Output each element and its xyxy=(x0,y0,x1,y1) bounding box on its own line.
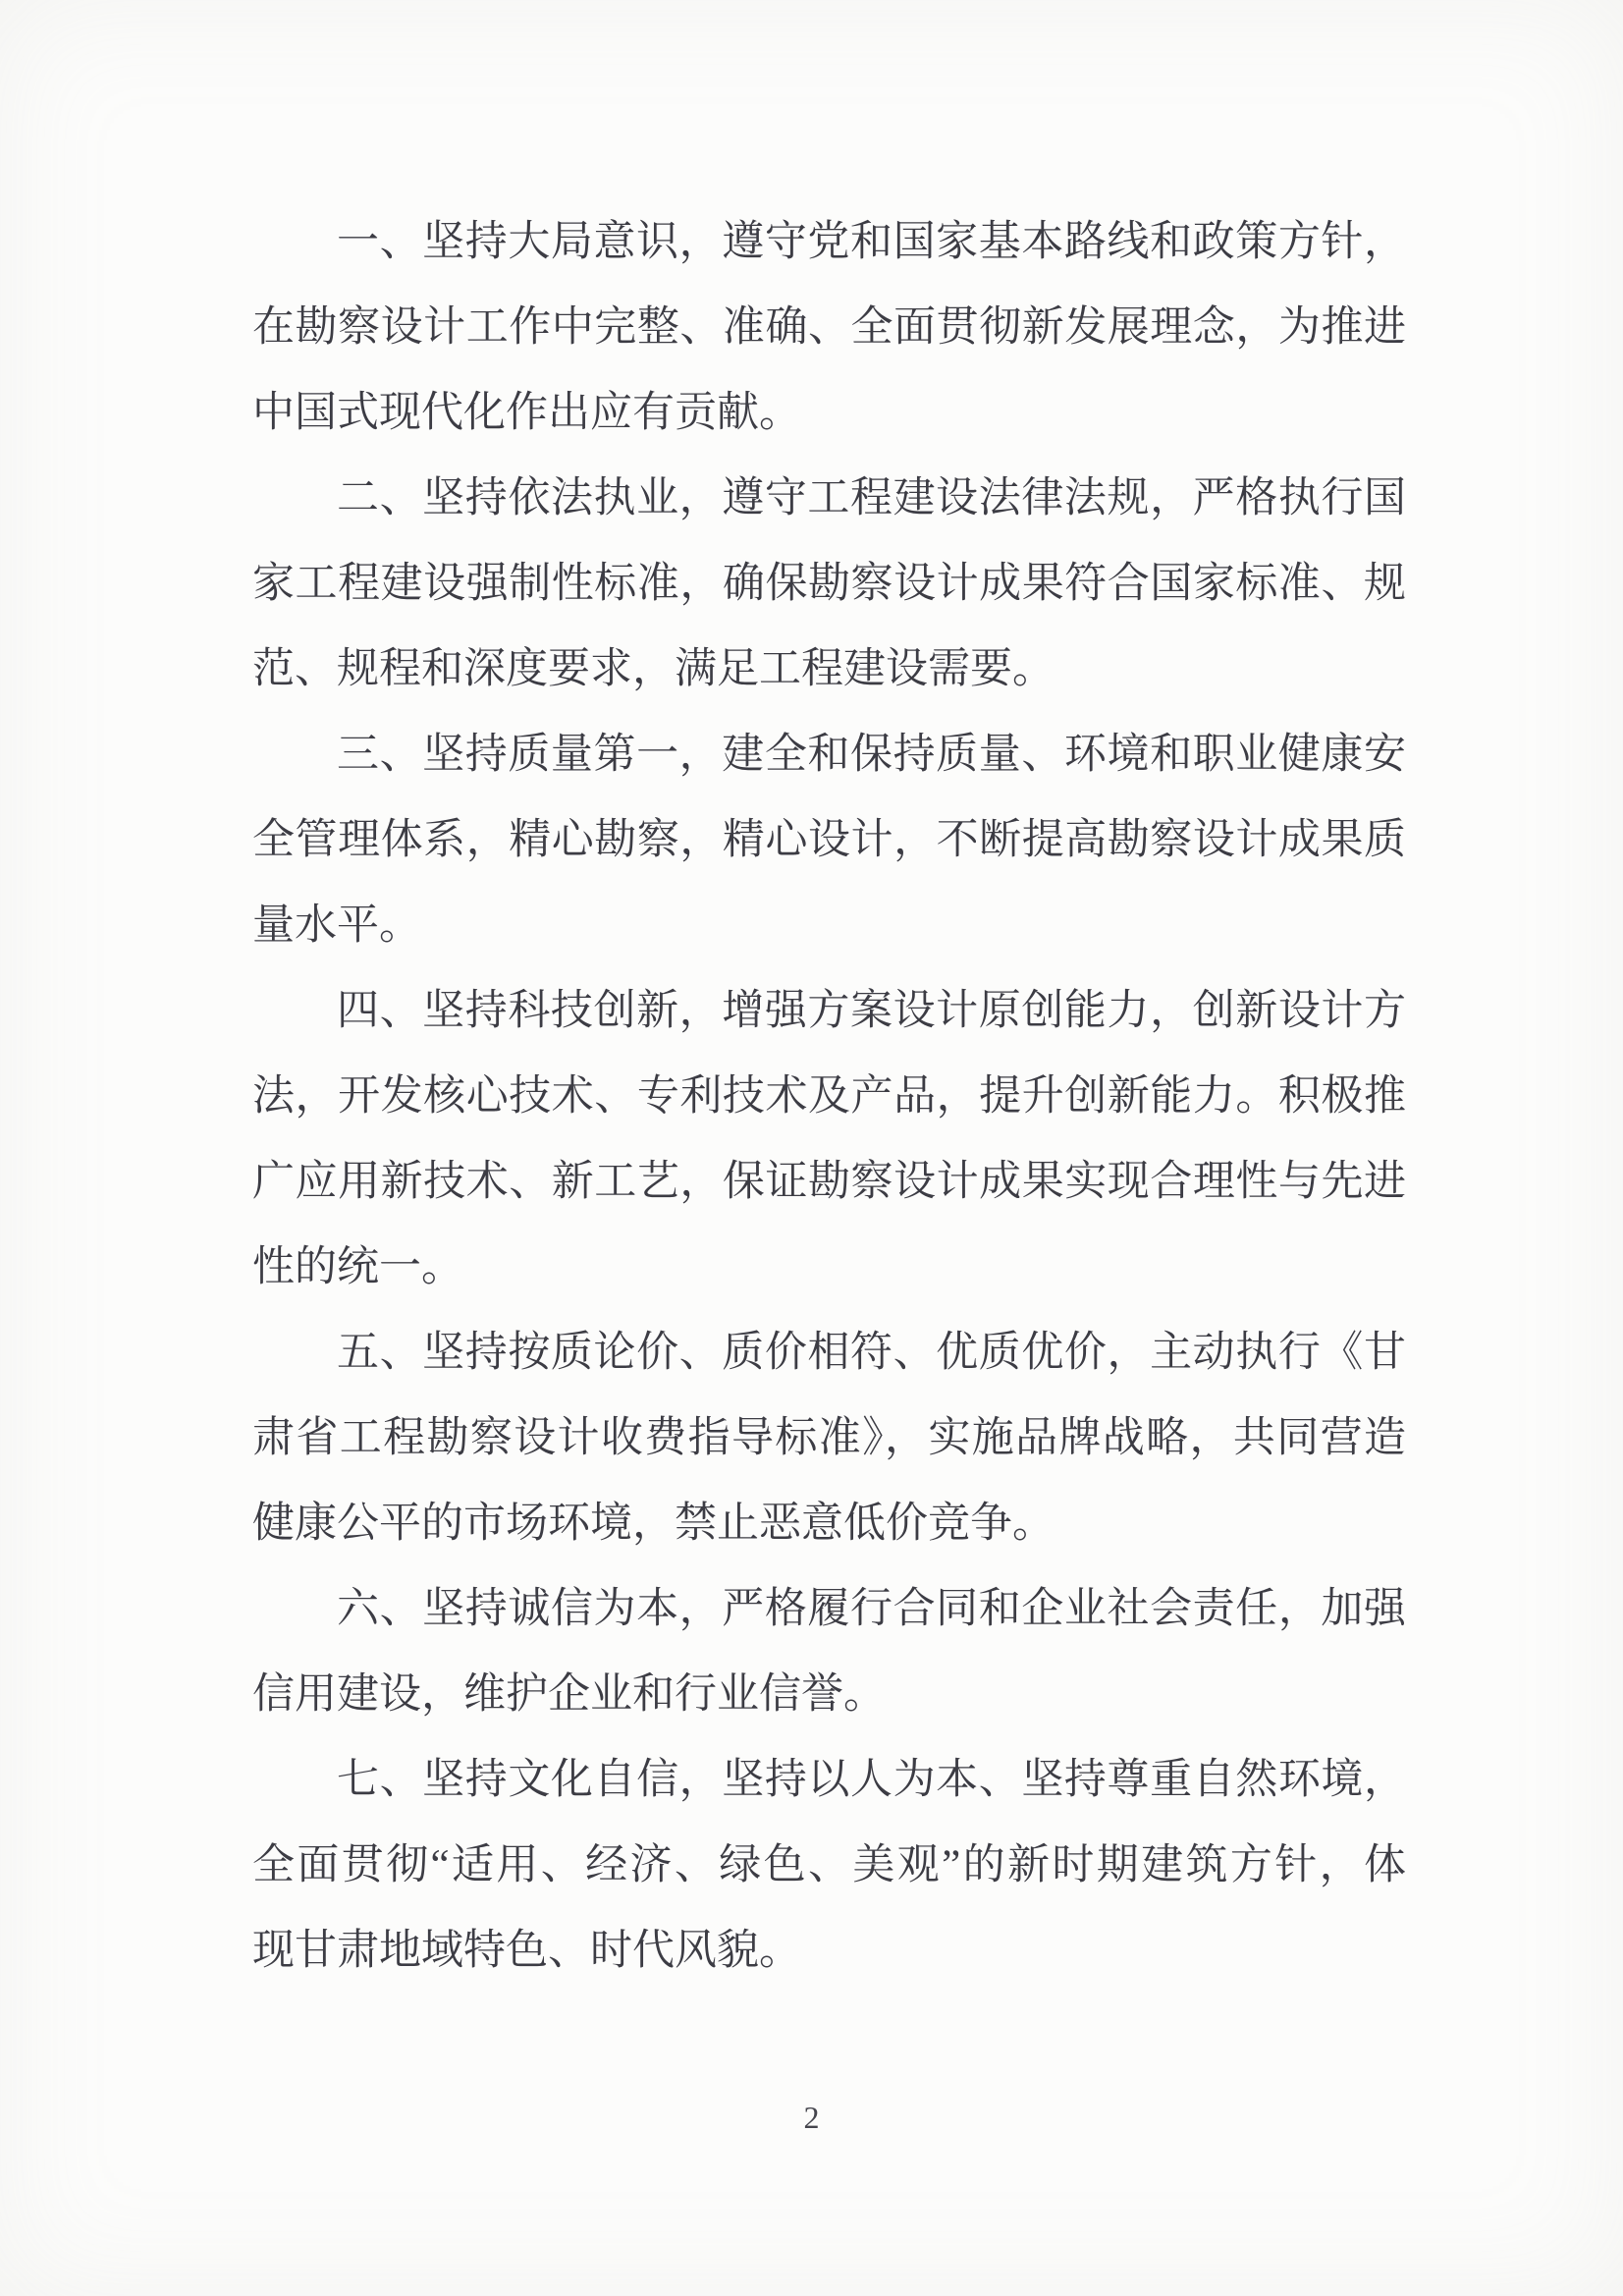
text-line: 广应用新技术、新工艺，保证勘察设计成果实现合理性与先进 xyxy=(252,1139,1406,1225)
text-line: 六、坚持诚信为本，严格履行合同和企业社会责任，加强 xyxy=(252,1566,1406,1652)
text-line: 在勘察设计工作中完整、准确、全面贯彻新发展理念，为推进 xyxy=(252,285,1406,370)
text-line: 二、坚持依法执业，遵守工程建设法律法规，严格执行国 xyxy=(252,456,1406,541)
text-line: 七、坚持文化自信，坚持以人为本、坚持尊重自然环境， xyxy=(252,1737,1406,1823)
text-line: 三、坚持质量第一，建全和保持质量、环境和职业健康安 xyxy=(252,712,1406,797)
text-line: 健康公平的市场环境，禁止恶意低价竞争。 xyxy=(252,1481,1406,1566)
text-line: 量水平。 xyxy=(252,883,1406,968)
paragraph: 三、坚持质量第一，建全和保持质量、环境和职业健康安全管理体系，精心勘察，精心设计… xyxy=(252,712,1406,968)
text-line: 范、规程和深度要求，满足工程建设需要。 xyxy=(252,627,1406,712)
paragraph: 二、坚持依法执业，遵守工程建设法律法规，严格执行国家工程建设强制性标准，确保勘察… xyxy=(252,456,1406,712)
text-line: 家工程建设强制性标准，确保勘察设计成果符合国家标准、规 xyxy=(252,541,1406,627)
text-line: 全面贯彻“适用、经济、绿色、美观”的新时期建筑方针，体 xyxy=(252,1823,1406,1908)
document-page: 一、坚持大局意识，遵守党和国家基本路线和政策方针，在勘察设计工作中完整、准确、全… xyxy=(0,0,1623,2296)
text-line: 现甘肃地域特色、时代风貌。 xyxy=(252,1908,1406,1994)
paragraph: 一、坚持大局意识，遵守党和国家基本路线和政策方针，在勘察设计工作中完整、准确、全… xyxy=(252,199,1406,456)
text-line: 中国式现代化作出应有贡献。 xyxy=(252,370,1406,456)
text-line: 五、坚持按质论价、质价相符、优质优价，主动执行《甘 xyxy=(252,1310,1406,1395)
paragraph: 六、坚持诚信为本，严格履行合同和企业社会责任，加强信用建设，维护企业和行业信誉。 xyxy=(252,1566,1406,1737)
text-line: 信用建设，维护企业和行业信誉。 xyxy=(252,1652,1406,1737)
paragraph: 七、坚持文化自信，坚持以人为本、坚持尊重自然环境，全面贯彻“适用、经济、绿色、美… xyxy=(252,1737,1406,1994)
page-number: 2 xyxy=(0,2100,1623,2135)
paragraph: 五、坚持按质论价、质价相符、优质优价，主动执行《甘肃省工程勘察设计收费指导标准》… xyxy=(252,1310,1406,1566)
text-line: 性的统一。 xyxy=(252,1225,1406,1310)
text-line: 肃省工程勘察设计收费指导标准》，实施品牌战略，共同营造 xyxy=(252,1395,1406,1481)
text-line: 全管理体系，精心勘察，精心设计，不断提高勘察设计成果质 xyxy=(252,797,1406,883)
text-line: 四、坚持科技创新，增强方案设计原创能力，创新设计方 xyxy=(252,968,1406,1054)
text-line: 法，开发核心技术、专利技术及产品，提升创新能力。积极推 xyxy=(252,1054,1406,1139)
paragraph: 四、坚持科技创新，增强方案设计原创能力，创新设计方法，开发核心技术、专利技术及产… xyxy=(252,968,1406,1310)
document-body: 一、坚持大局意识，遵守党和国家基本路线和政策方针，在勘察设计工作中完整、准确、全… xyxy=(252,199,1406,1994)
text-line: 一、坚持大局意识，遵守党和国家基本路线和政策方针， xyxy=(252,199,1406,285)
